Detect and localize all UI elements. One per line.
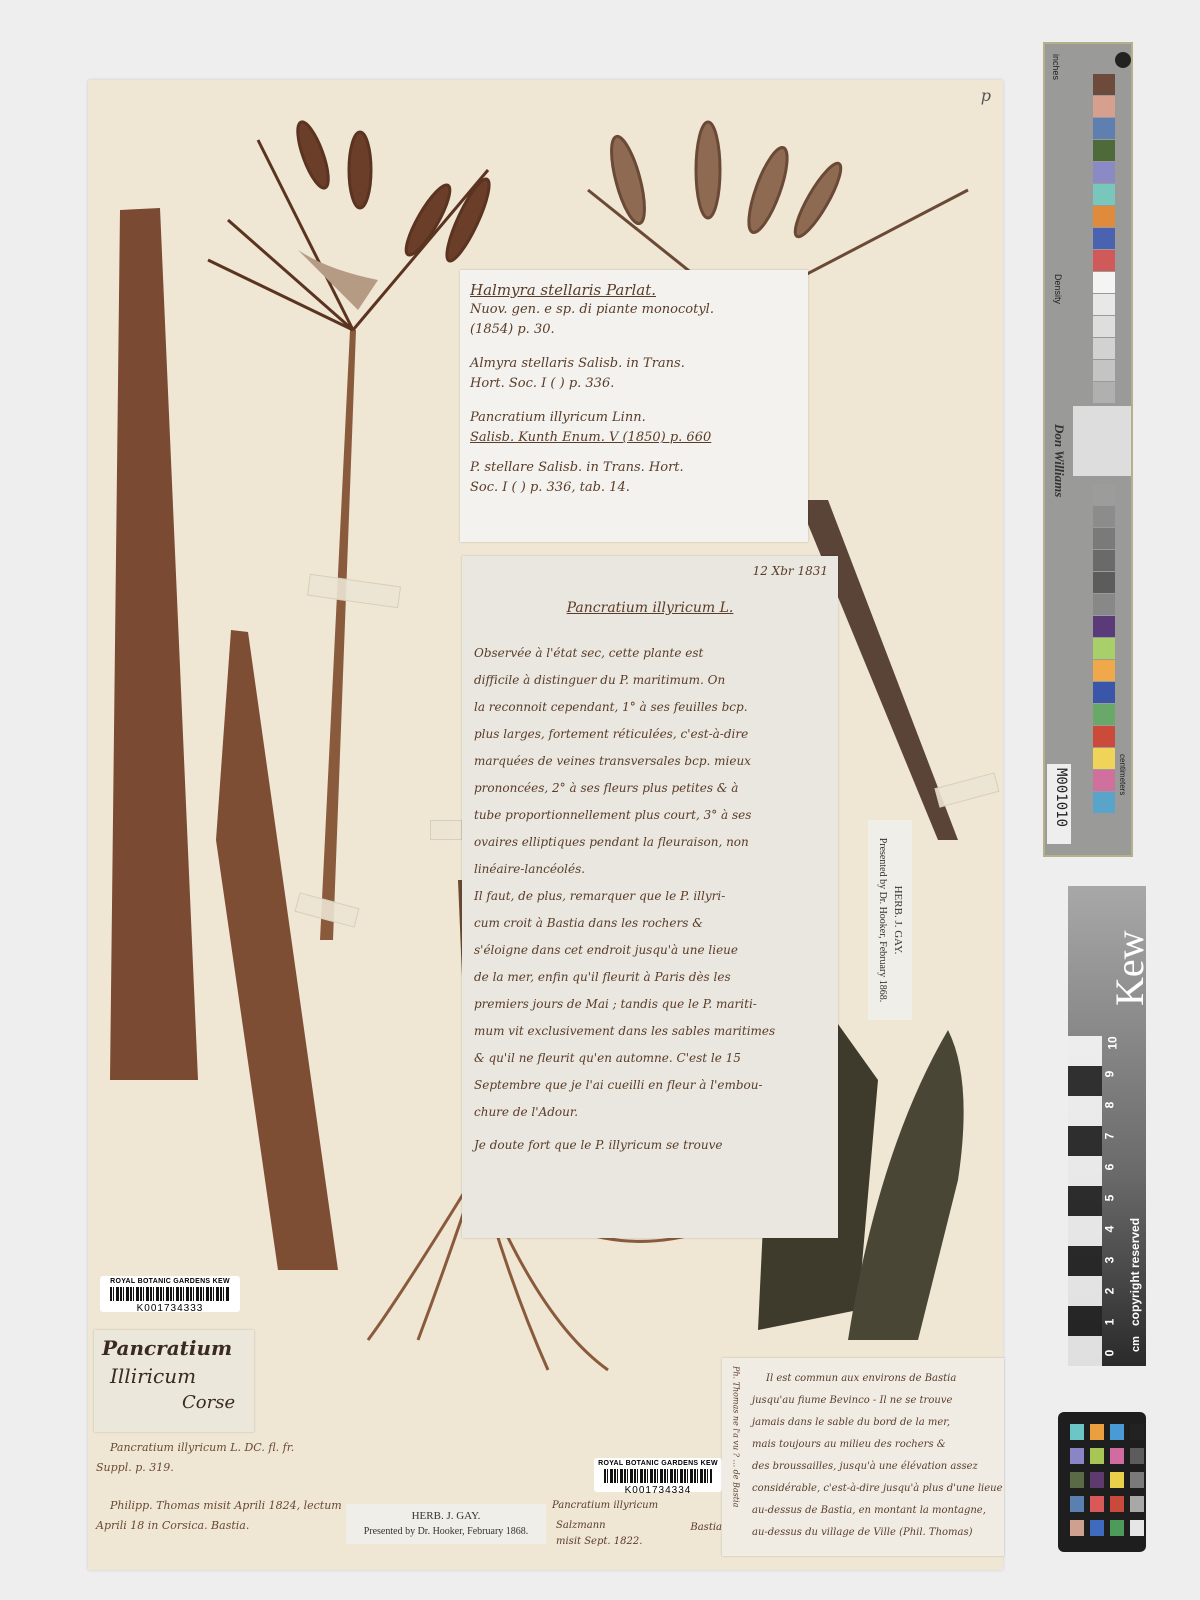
gay-handwritten-note: 12 Xbr 1831 Pancratium illyricum L. Obse… xyxy=(462,556,838,1238)
label-line: Pancratium illyricum Linn. xyxy=(470,408,798,428)
note-line: Je doute fort que le P. illyricum se tro… xyxy=(474,1132,826,1159)
herb-stamp-bottom: HERB. J. GAY. Presented by Dr. Hooker, F… xyxy=(346,1504,546,1544)
note-line: chure de l'Adour. xyxy=(474,1099,826,1126)
label-line: Almyra stellaris Salisb. in Trans. xyxy=(470,354,798,374)
old-collection-label: Pancratium Illiricum Corse xyxy=(94,1330,254,1432)
note-line: considérable, c'est-à-dire jusqu'à plus … xyxy=(752,1478,998,1500)
checker-patch xyxy=(1090,1448,1104,1464)
checker-patch xyxy=(1130,1520,1144,1536)
flower-stem-left xyxy=(320,330,356,940)
color-patch xyxy=(1093,382,1115,403)
scale-tick-label: 1 xyxy=(1102,1319,1116,1326)
scale-tick-label: 6 xyxy=(1102,1164,1116,1171)
label-line: misit Sept. 1822. xyxy=(552,1534,722,1550)
scale-tick-label: 3 xyxy=(1102,1257,1116,1264)
annotation-line: Suppl. p. 319. xyxy=(96,1458,342,1478)
note-line: au-dessus de Bastia, en montant la monta… xyxy=(752,1500,998,1522)
note-line: Il est commun aux environs de Bastia xyxy=(752,1368,998,1390)
determination-slip: Halmyra stellaris Parlat. Nuov. gen. e s… xyxy=(460,270,808,542)
note-line: cum croit à Bastia dans les rochers & xyxy=(474,910,826,937)
scale-checker xyxy=(1068,1036,1102,1366)
color-patch xyxy=(1093,660,1115,681)
checker-patch xyxy=(1130,1496,1144,1512)
barcode-number: K001734333 xyxy=(100,1303,240,1314)
label-line: Illiricum xyxy=(102,1362,246,1390)
ruler-id: M001010 xyxy=(1053,768,1069,827)
note-line: premiers jours de Mai ; tandis que le P.… xyxy=(474,991,826,1018)
checker-patch xyxy=(1110,1472,1124,1488)
checker-patch xyxy=(1090,1520,1104,1536)
color-patch xyxy=(1093,704,1115,725)
note-date: 12 Xbr 1831 xyxy=(753,564,828,578)
color-patch xyxy=(1093,162,1115,183)
label-line: Soc. I ( ) p. 336, tab. 14. xyxy=(470,478,798,498)
note-line: Il faut, de plus, remarquer que le P. il… xyxy=(474,883,826,910)
barcode-label: ROYAL BOTANIC GARDENS KEW K001734334 xyxy=(594,1458,722,1492)
color-calibration-ruler: inches Don Williams Density M001010 cent… xyxy=(1043,42,1133,857)
scale-tick-label: 7 xyxy=(1102,1133,1116,1140)
note-line: Observée à l'état sec, cette plante est xyxy=(474,640,826,667)
scale-tick-label: 4 xyxy=(1102,1226,1116,1233)
color-patch xyxy=(1093,250,1115,271)
label-line: Hort. Soc. I ( ) p. 336. xyxy=(470,374,798,394)
color-patch xyxy=(1093,550,1115,571)
label-line: Pancratium illyricum xyxy=(552,1498,722,1514)
color-patch xyxy=(1093,140,1115,161)
checker-patch xyxy=(1110,1520,1124,1536)
checker-patch xyxy=(1130,1472,1144,1488)
kew-logo: Kew xyxy=(1106,930,1153,1006)
kew-scale-bar: Kew copyright reserved 012345678910 cm xyxy=(1068,886,1146,1366)
color-checker-card xyxy=(1058,1412,1146,1552)
checker-patch xyxy=(1070,1496,1084,1512)
ruler-hole xyxy=(1115,52,1131,68)
annotation-line: Philipp. Thomas misit Aprili 1824, lectu… xyxy=(96,1496,342,1516)
ruler-grey-target xyxy=(1073,406,1131,476)
note-line: & qu'il ne fleurit qu'en automne. C'est … xyxy=(474,1045,826,1072)
annotation-line: Pancratium illyricum L. DC. fl. fr. xyxy=(96,1438,342,1458)
leaf-blade-1 xyxy=(110,208,198,1080)
ruler-cm-label: centimeters xyxy=(1118,754,1127,795)
ruler-density-label: Density xyxy=(1053,274,1063,304)
herb-stamp-title: HERB. J. GAY. xyxy=(346,1508,546,1524)
note-line: mais toujours au milieu des rochers & xyxy=(752,1434,998,1456)
label-line: Bastia xyxy=(690,1520,722,1536)
color-patch xyxy=(1093,338,1115,359)
color-patch xyxy=(1093,572,1115,593)
note-line: tube proportionnellement plus court, 3° … xyxy=(474,802,826,829)
color-patch xyxy=(1093,770,1115,791)
scale-tick-label: 8 xyxy=(1102,1102,1116,1109)
checker-patch xyxy=(1110,1448,1124,1464)
scale-tick-label: 10 xyxy=(1106,1036,1120,1049)
checker-patch xyxy=(1110,1424,1124,1440)
scale-tick-label: 5 xyxy=(1102,1195,1116,1202)
note-line: la reconnoit cependant, 1° à ses feuille… xyxy=(474,694,826,721)
color-patch xyxy=(1093,96,1115,117)
herb-stamp-title: HERB. J. GAY. xyxy=(890,820,906,1020)
scale-ticks: 012345678910 xyxy=(1106,1036,1126,1356)
checker-patch xyxy=(1090,1496,1104,1512)
color-patch xyxy=(1093,682,1115,703)
scale-tick-label: 2 xyxy=(1102,1288,1116,1295)
color-patch xyxy=(1093,316,1115,337)
note-line: des broussailles, jusqu'à une élévation … xyxy=(752,1456,998,1478)
color-patch xyxy=(1093,294,1115,315)
scale-unit: cm xyxy=(1130,1336,1142,1352)
thomas-handwritten-note: Ph. Thomas ne l'a vu ? ... de Bastia Il … xyxy=(722,1358,1004,1556)
checker-patch xyxy=(1070,1472,1084,1488)
checker-patch xyxy=(1070,1520,1084,1536)
color-patch xyxy=(1093,748,1115,769)
scale-tick-label: 0 xyxy=(1102,1350,1116,1357)
label-line: Pancratium xyxy=(102,1334,246,1362)
note-line: ovaires elliptiques pendant la fleuraiso… xyxy=(474,829,826,856)
herbarium-sheet: p xyxy=(88,80,1003,1570)
collection-annotation: Pancratium illyricum L. DC. fl. fr. Supp… xyxy=(96,1438,342,1536)
note-line: s'éloigne dans cet endroit jusqu'à une l… xyxy=(474,937,826,964)
ruler-brand: Don Williams xyxy=(1051,424,1067,497)
color-patch xyxy=(1093,594,1115,615)
checker-patch xyxy=(1130,1424,1144,1440)
color-patch xyxy=(1093,118,1115,139)
label-line: Corse xyxy=(102,1390,246,1416)
color-patch xyxy=(1093,506,1115,527)
note-line: difficile à distinguer du P. maritimum. … xyxy=(474,667,826,694)
note-line: jamais dans le sable du bord de la mer, xyxy=(752,1412,998,1434)
color-patch xyxy=(1093,792,1115,813)
note-line: jusqu'au fiume Bevinco - Il ne se trouve xyxy=(752,1390,998,1412)
kew-copyright: copyright reserved xyxy=(1128,1218,1142,1326)
color-patch xyxy=(1093,726,1115,747)
color-patch xyxy=(1093,484,1115,505)
checker-patch xyxy=(1090,1424,1104,1440)
color-patch xyxy=(1093,528,1115,549)
note-title: Pancratium illyricum L. xyxy=(474,598,826,618)
checker-patch xyxy=(1070,1448,1084,1464)
note-line: plus larges, fortement réticulées, c'est… xyxy=(474,721,826,748)
barcode-bars xyxy=(604,1469,712,1483)
note-line: marquées de veines transversales bcp. mi… xyxy=(474,748,826,775)
color-patch xyxy=(1093,360,1115,381)
barcode-number: K001734334 xyxy=(594,1485,722,1496)
barcode-label: ROYAL BOTANIC GARDENS KEW K001734333 xyxy=(100,1276,240,1312)
note-line: mum vit exclusivement dans les sables ma… xyxy=(474,1018,826,1045)
leaf-blade-2 xyxy=(216,630,338,1270)
note-line: de la mer, enfin qu'il fleurit à Paris d… xyxy=(474,964,826,991)
color-patch xyxy=(1093,616,1115,637)
note-side-text: Ph. Thomas ne l'a vu ? ... de Bastia xyxy=(732,1366,741,1546)
note-line: au-dessus du village de Ville (Phil. Tho… xyxy=(752,1522,998,1544)
color-patch xyxy=(1093,638,1115,659)
label-line: (1854) p. 30. xyxy=(470,320,798,340)
color-patch xyxy=(1093,228,1115,249)
scale-tick-label: 9 xyxy=(1102,1071,1116,1078)
barcode-institution: ROYAL BOTANIC GARDENS KEW xyxy=(594,1460,722,1467)
checker-patch xyxy=(1090,1472,1104,1488)
checker-patch xyxy=(1130,1448,1144,1464)
label-line: P. stellare Salisb. in Trans. Hort. xyxy=(470,458,798,478)
color-patch xyxy=(1093,184,1115,205)
barcode-institution: ROYAL BOTANIC GARDENS KEW xyxy=(100,1278,240,1285)
ruler-inches-label: inches xyxy=(1051,54,1061,80)
note-line: prononcées, 2° à ses fleurs plus petites… xyxy=(474,775,826,802)
mounting-tape xyxy=(430,820,462,840)
salzmann-label: Pancratium illyricum Salzmann misit Sept… xyxy=(552,1498,722,1550)
color-patch xyxy=(1093,74,1115,95)
herb-stamp-presented: Presented by Dr. Hooker, February 1868. xyxy=(874,820,890,1020)
label-line: Halmyra stellaris Parlat. xyxy=(470,280,798,300)
checker-patch xyxy=(1110,1496,1124,1512)
color-patch xyxy=(1093,206,1115,227)
checker-patch xyxy=(1070,1424,1084,1440)
annotation-line: Aprili 18 in Corsica. Bastia. xyxy=(96,1516,342,1536)
barcode-bars xyxy=(110,1287,230,1301)
label-line: Salisb. Kunth Enum. V (1850) p. 660 xyxy=(470,428,798,448)
herb-stamp-vertical: HERB. J. GAY. Presented by Dr. Hooker, F… xyxy=(868,820,912,1020)
color-patch xyxy=(1093,272,1115,293)
note-line: linéaire-lancéolés. xyxy=(474,856,826,883)
herb-stamp-presented: Presented by Dr. Hooker, February 1868. xyxy=(346,1524,546,1540)
note-line: Septembre que je l'ai cueilli en fleur à… xyxy=(474,1072,826,1099)
label-line: Nuov. gen. e sp. di piante monocotyl. xyxy=(470,300,798,320)
